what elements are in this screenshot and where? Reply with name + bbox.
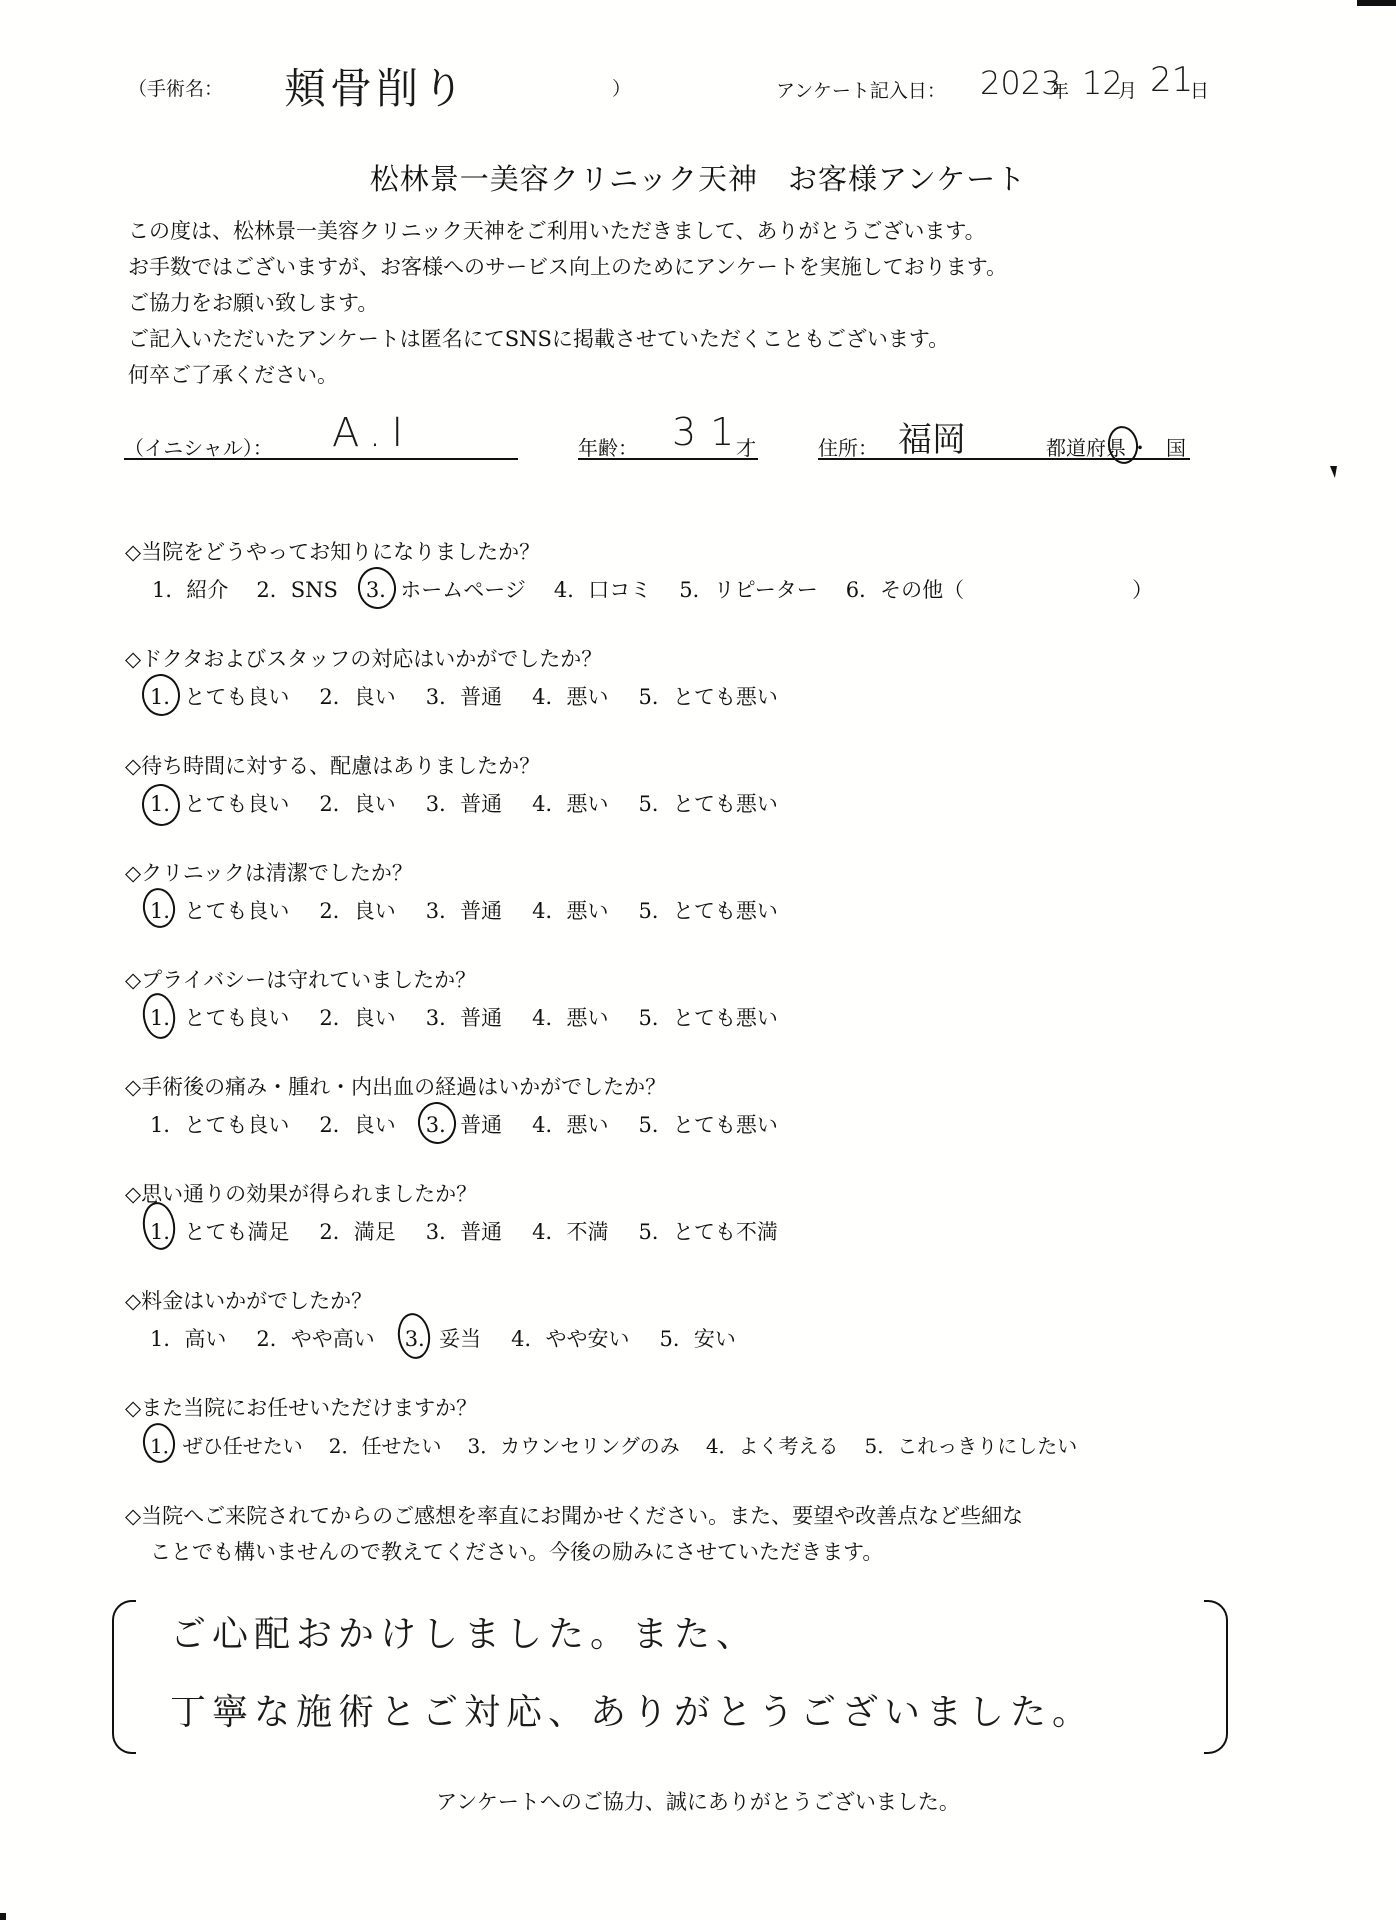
intro-text: この度は、松林景一美容クリニック天神をご利用いただきまして、ありがとうございます… <box>128 213 1007 393</box>
option-label: 悪い <box>567 899 609 923</box>
option-label: 悪い <box>567 1113 609 1137</box>
surgery-label-open: （手術名： <box>128 74 223 101</box>
option-label: 良い <box>354 899 396 923</box>
option-4[interactable]: 4．悪い <box>532 1002 608 1032</box>
option-repeater[interactable]: 5．リピーター <box>679 574 818 604</box>
option-number: 4． <box>532 1109 566 1139</box>
option-4[interactable]: 4．悪い <box>532 788 608 818</box>
option-label: とても満足 <box>184 1220 289 1244</box>
option-1[interactable]: 1．とても良い <box>150 1109 289 1139</box>
feedback-prompt-line2: ことでも構いませんので教えてください。今後の励みにさせていただきます。 <box>150 1536 883 1566</box>
option-2[interactable]: 2．良い <box>319 788 395 818</box>
survey-title: 松林景一美容クリニック天神 お客様アンケート <box>0 157 1396 198</box>
option-label: カウンセリングのみ <box>500 1434 680 1458</box>
option-label: 良い <box>354 1113 396 1137</box>
question-price-options: 1．高い 2．やや高い 3．妥当 4．やや安い 5．安い <box>150 1323 766 1353</box>
comment-box-left-bracket <box>112 1600 136 1754</box>
age-unit: 才 <box>736 432 756 461</box>
option-label: 普通 <box>460 792 502 816</box>
region-separator: ・ <box>1130 432 1150 461</box>
option-label: ぜひ任せたい <box>183 1434 303 1458</box>
option-4[interactable]: 4．悪い <box>532 895 608 925</box>
day-unit: 日 <box>1190 76 1209 103</box>
comment-line: 丁寧な施術とご対応、ありがとうございました。 <box>170 1674 1094 1752</box>
option-3[interactable]: 3．普通 <box>426 788 502 818</box>
option-label: 普通 <box>460 1113 502 1137</box>
option-sns[interactable]: 2．SNS <box>256 574 338 604</box>
option-label: 口コミ <box>588 578 651 602</box>
option-3[interactable]: 3．普通 <box>426 681 502 711</box>
option-number: 5． <box>639 681 673 711</box>
option-referral[interactable]: 1．紹介 <box>152 574 228 604</box>
question-recovery-title: ◇手術後の痛み・腫れ・内出血の経過はいかがでしたか？ <box>125 1071 666 1101</box>
selection-circle <box>140 886 177 930</box>
option-number: 1． <box>150 1323 184 1353</box>
option-1[interactable]: 1．とても満足 <box>150 1216 289 1246</box>
option-number: 5． <box>660 1323 694 1353</box>
option-number: 1． <box>150 895 184 925</box>
option-5[interactable]: 5．とても悪い <box>639 1002 778 1032</box>
option-1[interactable]: 1．ぜひ任せたい <box>150 1430 303 1459</box>
option-label: 良い <box>354 1006 396 1030</box>
question-results-title: ◇思い通りの効果が得られましたか？ <box>125 1178 477 1208</box>
option-number: 1． <box>150 1002 184 1032</box>
option-number: 1． <box>150 788 184 818</box>
option-label: 悪い <box>567 685 609 709</box>
option-label: とても悪い <box>673 792 778 816</box>
option-5[interactable]: 5．とても悪い <box>639 895 778 925</box>
option-5[interactable]: 5．安い <box>660 1323 736 1353</box>
option-label: とても良い <box>184 1006 289 1030</box>
address-field[interactable]: 福岡 <box>898 412 966 461</box>
option-1[interactable]: 1．とても良い <box>150 681 289 711</box>
option-number: 3． <box>366 574 400 604</box>
option-4[interactable]: 4．やや安い <box>511 1323 629 1353</box>
selection-circle <box>415 1100 458 1147</box>
option-number: 2． <box>329 1430 362 1459</box>
option-2[interactable]: 2．任せたい <box>329 1430 442 1459</box>
option-label: とても良い <box>184 1113 289 1137</box>
question-privacy-title: ◇プライバシーは守れていましたか？ <box>125 964 476 994</box>
region-selected[interactable]: 県 <box>1106 432 1126 461</box>
comment-line: ご心配おかけしました。また、 <box>170 1596 1094 1674</box>
option-4[interactable]: 4．悪い <box>532 1109 608 1139</box>
option-1[interactable]: 1．高い <box>150 1323 226 1353</box>
question-return-options: 1．ぜひ任せたい 2．任せたい 3．カウンセリングのみ 4．よく考える 5．これ… <box>150 1430 1107 1459</box>
selection-circle <box>395 1311 433 1361</box>
option-2[interactable]: 2．良い <box>319 1109 395 1139</box>
option-word-of-mouth[interactable]: 4．口コミ <box>554 574 651 604</box>
option-label: とても悪い <box>673 1113 778 1137</box>
option-label: やや安い <box>546 1327 630 1351</box>
option-label: リピーター <box>714 578 818 602</box>
option-number: 3． <box>426 1002 460 1032</box>
region-other[interactable]: 国 <box>1166 432 1186 461</box>
question-recovery-options: 1．とても良い 2．良い 3．普通 4．悪い 5．とても悪い <box>150 1109 808 1139</box>
option-label: とても悪い <box>673 685 778 709</box>
option-label: その他（ ） <box>880 578 1153 602</box>
option-2[interactable]: 2．良い <box>319 681 395 711</box>
option-number: 4． <box>532 788 566 818</box>
selection-circle <box>139 782 182 829</box>
month-unit: 月 <box>1118 76 1137 103</box>
option-label: 悪い <box>567 1006 609 1030</box>
option-number: 3． <box>426 788 460 818</box>
initials-label: （イニシャル）： <box>124 432 273 461</box>
option-number: 2． <box>319 788 353 818</box>
comment-box-right-bracket <box>1204 1600 1228 1754</box>
option-other[interactable]: 6．その他（ ） <box>846 574 1153 604</box>
selection-circle <box>140 1421 177 1465</box>
option-3[interactable]: 3．妥当 <box>405 1323 481 1353</box>
intro-line: ご協力をお願い致します。 <box>128 285 1007 321</box>
option-number: 1． <box>150 681 184 711</box>
option-number: 3． <box>426 895 460 925</box>
option-2[interactable]: 2．満足 <box>319 1216 395 1246</box>
option-number: 1． <box>150 1109 184 1139</box>
option-label: 安い <box>694 1327 736 1351</box>
option-label: やや高い <box>291 1327 375 1351</box>
option-label: 不満 <box>567 1220 609 1244</box>
option-number: 5． <box>679 574 713 604</box>
feedback-prompt-line1: ◇当院へご来院されてからのご感想を率直にお聞かせください。また、要望や改善点など… <box>125 1500 1023 1530</box>
option-2[interactable]: 2．良い <box>319 895 395 925</box>
question-results-options: 1．とても満足 2．満足 3．普通 4．不満 5．とても不満 <box>150 1216 808 1246</box>
option-label: 普通 <box>460 1220 502 1244</box>
option-number: 2． <box>319 895 353 925</box>
option-3[interactable]: 3．カウンセリングのみ <box>467 1430 679 1459</box>
option-number: 1． <box>150 1216 184 1246</box>
day-field[interactable]: 21 <box>1150 60 1193 100</box>
option-4[interactable]: 4．悪い <box>532 681 608 711</box>
option-5[interactable]: 5．とても悪い <box>639 1109 778 1139</box>
option-number: 5． <box>639 1109 673 1139</box>
option-label: 普通 <box>460 1006 502 1030</box>
option-5[interactable]: 5．とても悪い <box>639 681 778 711</box>
option-label: 妥当 <box>439 1327 481 1351</box>
option-number: 4． <box>554 574 588 604</box>
option-number: 2． <box>319 1109 353 1139</box>
option-number: 5． <box>865 1430 898 1459</box>
question-price-title: ◇料金はいかがでしたか？ <box>125 1285 372 1315</box>
option-number: 5． <box>639 788 673 818</box>
option-label: とても良い <box>184 899 289 923</box>
intro-line: ご記入いただいたアンケートは匿名にてSNSに掲載させていただくこともございます。 <box>128 321 1007 357</box>
option-number: 3． <box>467 1430 500 1459</box>
option-label: とても悪い <box>673 899 778 923</box>
option-label: よく考える <box>739 1434 839 1458</box>
selection-circle <box>140 991 178 1041</box>
option-number: 2． <box>319 681 353 711</box>
option-number: 5． <box>639 1216 673 1246</box>
year-unit: 年 <box>1050 76 1069 103</box>
option-1[interactable]: 1．とても良い <box>150 1002 289 1032</box>
option-number: 1． <box>152 574 186 604</box>
month-field[interactable]: 12 <box>1082 64 1123 102</box>
intro-line: この度は、松林景一美容クリニック天神をご利用いただきまして、ありがとうございます… <box>128 213 1007 249</box>
option-number: 3． <box>426 681 460 711</box>
option-label: 満足 <box>354 1220 396 1244</box>
surgery-label-close: ） <box>612 74 631 101</box>
comment-field[interactable]: ご心配おかけしました。また、 丁寧な施術とご対応、ありがとうございました。 <box>170 1596 1094 1752</box>
option-number: 4． <box>532 1216 566 1246</box>
option-number: 4． <box>532 681 566 711</box>
selection-circle <box>355 565 398 612</box>
option-number: 6． <box>846 574 880 604</box>
question-staff-options: 1．とても良い 2．良い 3．普通 4．悪い 5．とても悪い <box>150 681 808 711</box>
option-1[interactable]: 1．とても良い <box>150 788 289 818</box>
scan-corner-mark-bottom <box>0 1913 6 1920</box>
option-number: 2． <box>256 1323 290 1353</box>
question-cleanliness-title: ◇クリニックは清潔でしたか？ <box>125 857 413 887</box>
option-number: 2． <box>319 1216 353 1246</box>
option-label: ホームページ <box>400 578 526 602</box>
option-number: 3． <box>405 1323 439 1353</box>
option-label: 普通 <box>460 685 502 709</box>
option-label: 良い <box>354 685 396 709</box>
scan-corner-mark <box>1357 0 1396 6</box>
option-number: 3． <box>426 1109 460 1139</box>
scan-ink-mark <box>1330 466 1337 478</box>
option-label: 紹介 <box>186 578 228 602</box>
option-5[interactable]: 5．これっきりにしたい <box>865 1430 1078 1459</box>
address-label: 住所： <box>818 432 878 461</box>
option-number: 2． <box>256 574 290 604</box>
option-number: 4． <box>511 1323 545 1353</box>
option-label: 任せたい <box>361 1434 441 1458</box>
question-cleanliness-options: 1．とても良い 2．良い 3．普通 4．悪い 5．とても悪い <box>150 895 808 925</box>
option-2[interactable]: 2．やや高い <box>256 1323 374 1353</box>
option-3[interactable]: 3．普通 <box>426 895 502 925</box>
option-2[interactable]: 2．良い <box>319 1002 395 1032</box>
option-5[interactable]: 5．とても悪い <box>639 788 778 818</box>
option-5[interactable]: 5．とても不満 <box>639 1216 778 1246</box>
option-number: 4． <box>532 895 566 925</box>
question-waiting-title: ◇待ち時間に対する、配慮はありましたか？ <box>125 750 540 780</box>
option-homepage[interactable]: 3．ホームページ <box>366 574 526 604</box>
option-label: 高い <box>184 1327 226 1351</box>
option-number: 4． <box>706 1430 739 1459</box>
question-referral-title: ◇当院をどうやってお知りになりましたか？ <box>125 536 540 566</box>
option-label: とても良い <box>184 792 289 816</box>
option-4[interactable]: 4．よく考える <box>706 1430 839 1459</box>
option-label: 普通 <box>460 899 502 923</box>
thank-you-footer: アンケートへのご協力、誠にありがとうございました。 <box>0 1786 1396 1816</box>
selection-circle <box>139 672 182 719</box>
initials-field[interactable]: A.I <box>332 410 413 456</box>
question-privacy-options: 1．とても良い 2．良い 3．普通 4．悪い 5．とても悪い <box>150 1002 808 1032</box>
option-number: 4． <box>532 1002 566 1032</box>
option-number: 5． <box>639 1002 673 1032</box>
option-label: とても悪い <box>673 1006 778 1030</box>
question-staff-title: ◇ドクタおよびスタッフの対応はいかがでしたか？ <box>125 643 602 673</box>
intro-line: お手数ではございますが、お客様へのサービス向上のためにアンケートを実施しておりま… <box>128 249 1007 285</box>
surgery-name-field[interactable]: 頬骨削り <box>284 56 468 116</box>
option-3[interactable]: 3．普通 <box>426 1216 502 1246</box>
age-label: 年齢： <box>578 432 638 461</box>
option-1[interactable]: 1．とても良い <box>150 895 289 925</box>
option-label: とても良い <box>184 685 289 709</box>
option-label: これっきりにしたい <box>897 1434 1077 1458</box>
option-label: とても不満 <box>673 1220 778 1244</box>
option-label: 良い <box>354 792 396 816</box>
question-waiting-options: 1．とても良い 2．良い 3．普通 4．悪い 5．とても悪い <box>150 788 808 818</box>
intro-line: 何卒ご了承ください。 <box>128 357 1007 393</box>
date-label: アンケート記入日： <box>776 76 946 103</box>
option-label: 悪い <box>567 792 609 816</box>
option-number: 3． <box>426 1216 460 1246</box>
option-3[interactable]: 3．普通 <box>426 1002 502 1032</box>
option-4[interactable]: 4．不満 <box>532 1216 608 1246</box>
question-return-title: ◇また当院にお任せいただけますか？ <box>125 1392 477 1422</box>
option-number: 2． <box>319 1002 353 1032</box>
option-number: 5． <box>639 895 673 925</box>
option-3[interactable]: 3．普通 <box>426 1109 502 1139</box>
question-referral-options: 1．紹介 2．SNS 3．ホームページ 4．口コミ 5．リピーター 6．その他（… <box>152 574 1183 604</box>
region-prefix: 都道府 <box>1046 432 1106 461</box>
option-number: 1． <box>150 1430 183 1459</box>
option-label: SNS <box>291 578 338 602</box>
